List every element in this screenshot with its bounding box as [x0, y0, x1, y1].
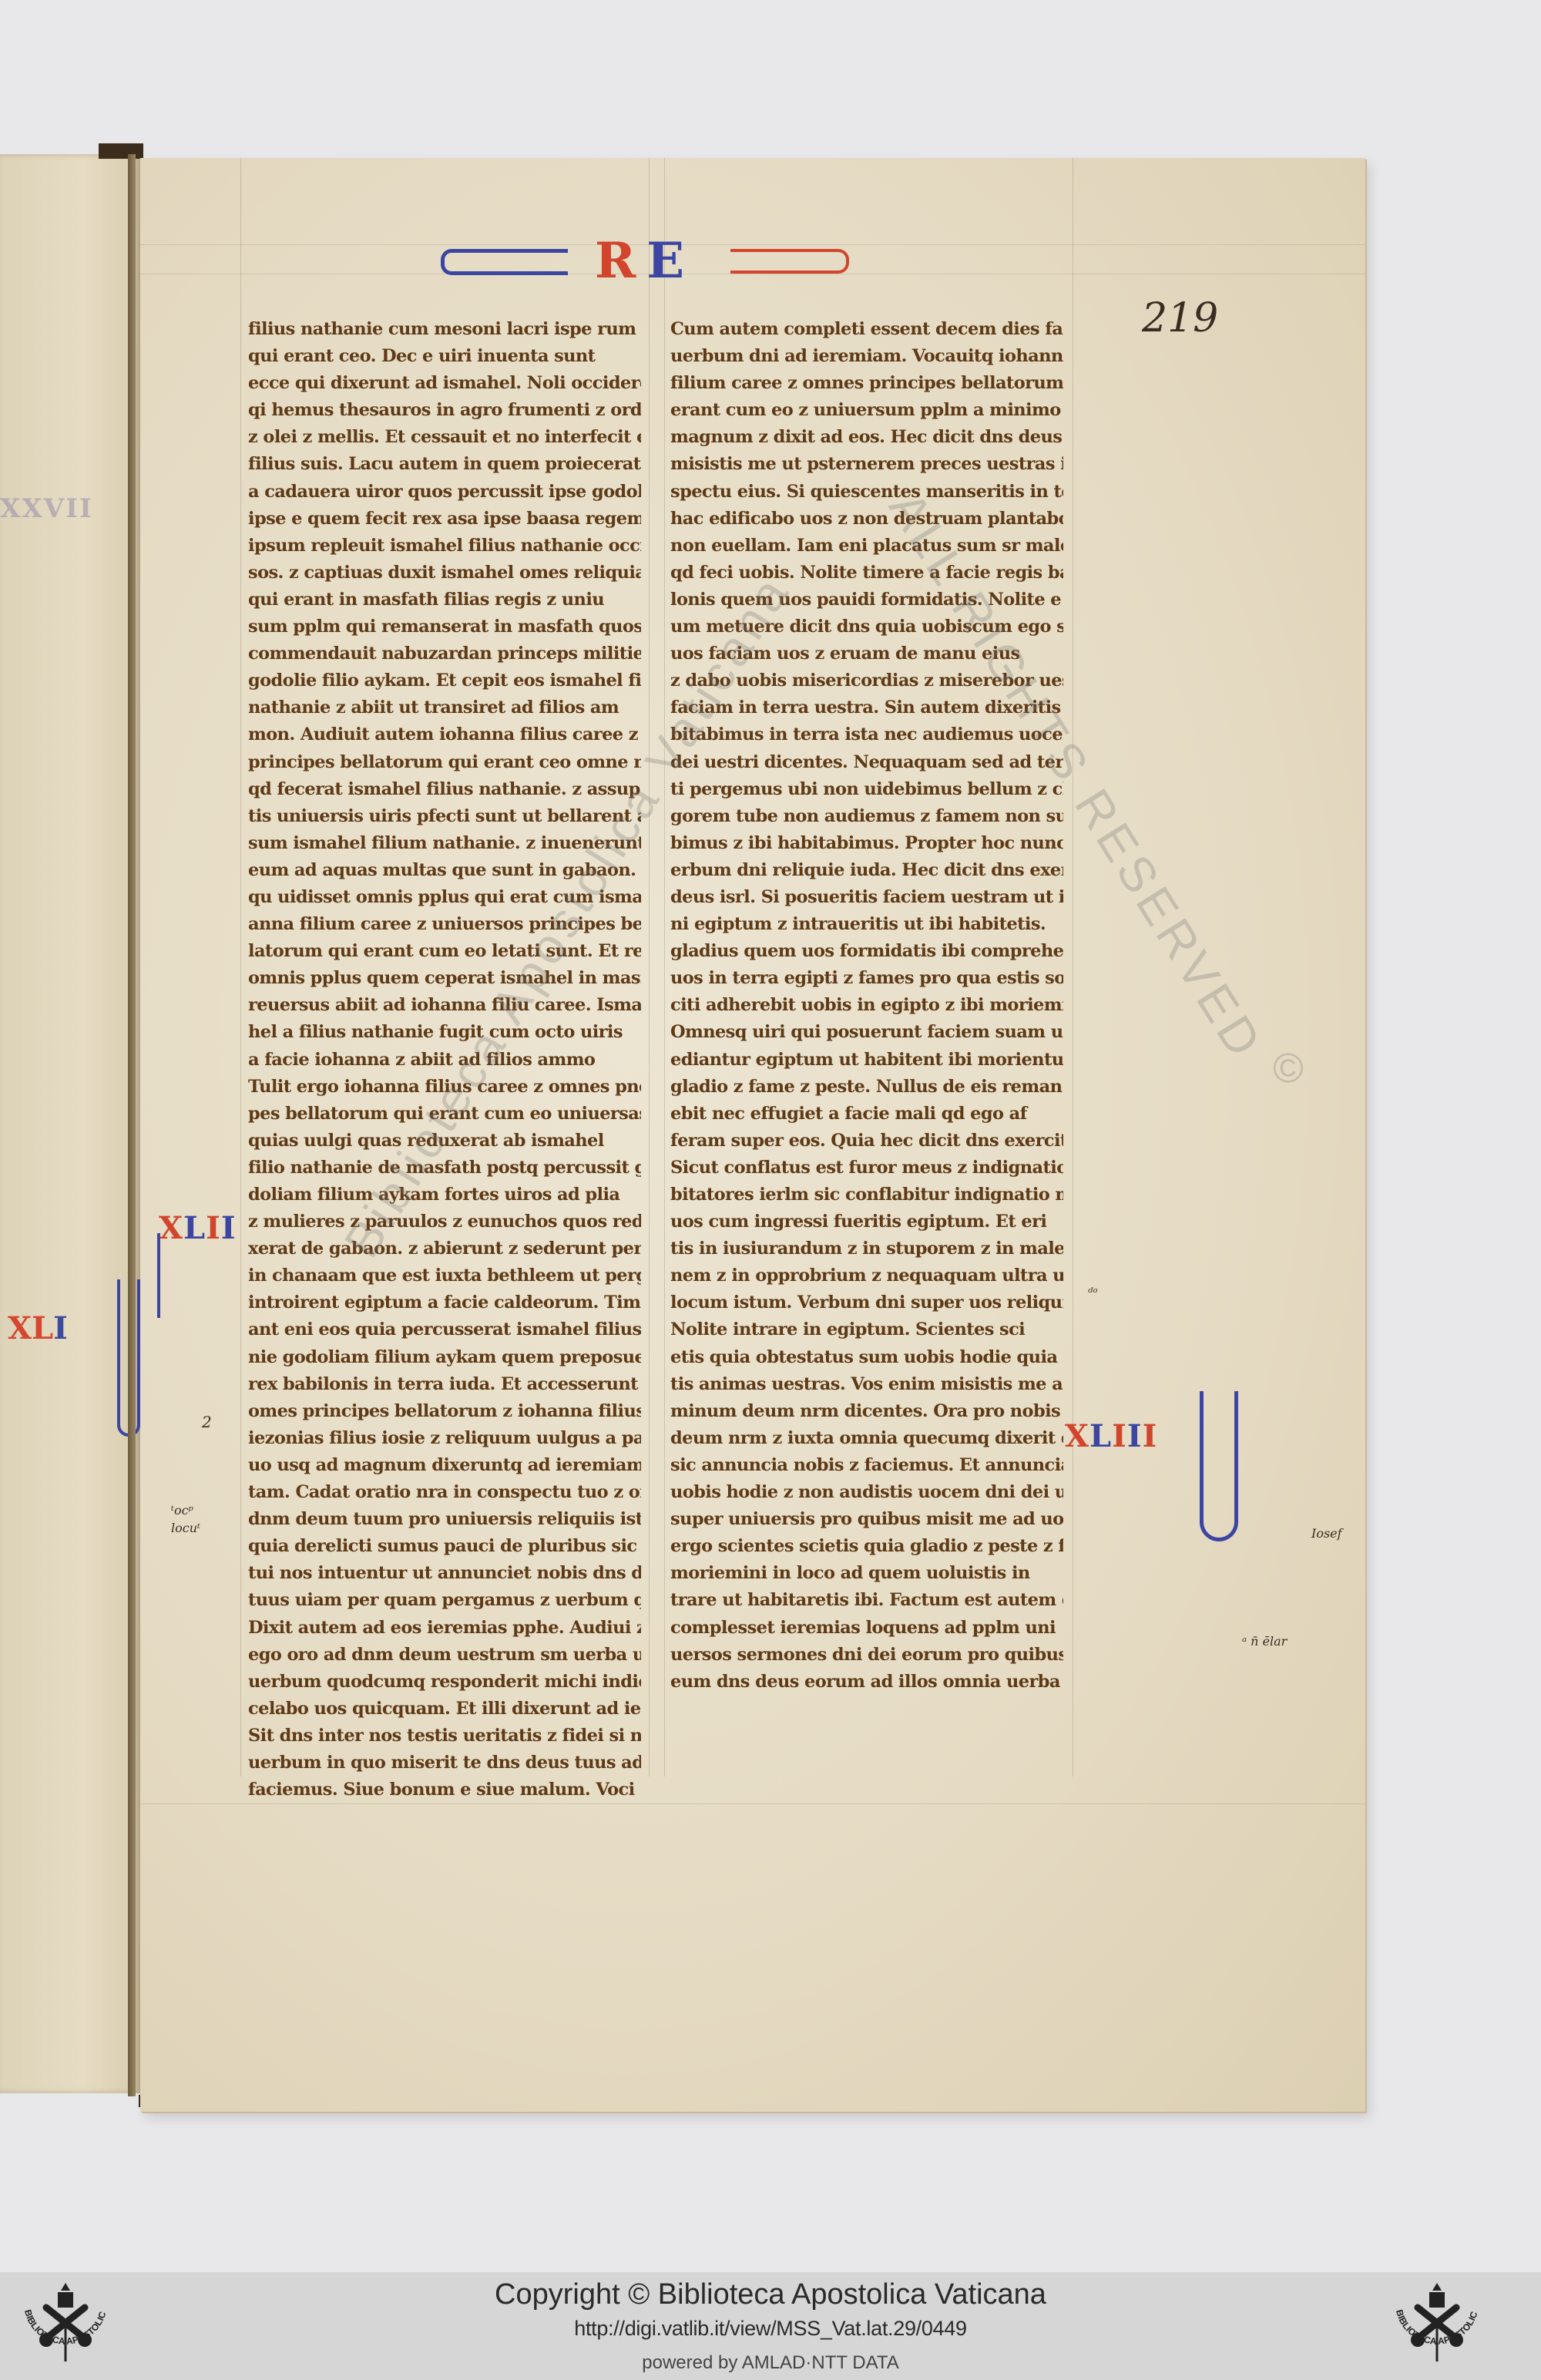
verso-chapter-marker: XLI	[8, 1310, 68, 1346]
manuscript-line: super uniuersis pro quibus misit me ad u…	[670, 1506, 1063, 1533]
manuscript-line: dnm deum tuum pro uniuersis reliquiis is…	[248, 1506, 641, 1533]
ruling-line	[1073, 158, 1073, 1777]
manuscript-line: z olei z mellis. Et cessauit et no inter…	[248, 424, 641, 451]
marginal-note: locuᵗ	[171, 1521, 200, 1535]
manuscript-line: spectu eius. Si quiescentes manseritis i…	[670, 479, 1063, 506]
manuscript-line: reuersus abiit ad iohanna filiu caree. I…	[248, 992, 641, 1019]
manuscript-viewer: XXVII XLI RE 219 filius nathanie cum mes…	[0, 0, 1541, 2272]
manuscript-line: tam. Cadat oratio nra in conspectu tuo z…	[248, 1479, 641, 1506]
marginal-note: ᵗocᵖ	[171, 1503, 193, 1518]
manuscript-line: qd fecerat ismahel filius nathanie. z as…	[248, 776, 641, 803]
manuscript-line: complesset ieremias loquens ad pplm uni	[670, 1615, 1063, 1642]
manuscript-line: hac edificabo uos z non destruam plantab…	[670, 506, 1063, 533]
manuscript-line: nie godoliam filium aykam quem preposuer…	[248, 1344, 641, 1371]
manuscript-line: uos in terra egipti z fames pro qua esti…	[670, 965, 1063, 992]
manuscript-line: tis uniuersis uiris pfecti sunt ut bella…	[248, 803, 641, 830]
manuscript-line: qi hemus thesauros in agro frumenti z or…	[248, 397, 641, 424]
copyright-text: Copyright © Biblioteca Apostolica Vatica…	[0, 2278, 1541, 2311]
manuscript-line: hel a filius nathanie fugit cum octo uir…	[248, 1019, 641, 1046]
manuscript-line: Sit dns inter nos testis ueritatis z fid…	[248, 1723, 641, 1750]
folio-number: 219	[1142, 295, 1218, 341]
manuscript-line: uerbum in quo miserit te dns deus tuus a…	[248, 1750, 641, 1777]
manuscript-line: tis animas uestras. Vos enim misistis me…	[670, 1371, 1063, 1398]
manuscript-line: eum dns deus eorum ad illos omnia uerba …	[670, 1669, 1063, 1688]
manuscript-line: ediantur egiptum ut habitent ibi morient…	[670, 1047, 1063, 1074]
manuscript-line: uerbum quodcumq responderit michi indica…	[248, 1669, 641, 1696]
manuscript-line: magnum z dixit ad eos. Hec dicit dns deu…	[670, 424, 1063, 451]
verso-chapter-heading: XXVII	[0, 493, 93, 524]
chapter-marker-xliii: XLIII	[1065, 1418, 1157, 1454]
permalink-url[interactable]: http://digi.vatlib.it/view/MSS_Vat.lat.2…	[0, 2317, 1541, 2341]
manuscript-line: etis quia obtestatus sum uobis hodie qui…	[670, 1344, 1063, 1371]
ruling-line	[649, 158, 650, 1777]
manuscript-line: non euellam. Iam eni placatus sum sr mal…	[670, 533, 1063, 560]
manuscript-line: principes bellatorum qui erant ceo omne …	[248, 749, 641, 776]
manuscript-line: gorem tube non audiemus z famem non sust…	[670, 803, 1063, 830]
manuscript-line: ant eni eos quia percusserat ismahel fil…	[248, 1316, 641, 1343]
manuscript-line: in chanaam que est iuxta bethleem ut per…	[248, 1262, 641, 1289]
running-head-flourish-right	[730, 249, 849, 274]
manuscript-line: bitatores ierlm sic conflabitur indignat…	[670, 1182, 1063, 1208]
manuscript-line: Nolite intrare in egiptum. Scientes sci	[670, 1316, 1063, 1343]
powered-by-text: powered by AMLAD·NTT DATA	[0, 2352, 1541, 2374]
manuscript-line: quia derelicti sumus pauci de pluribus s…	[248, 1533, 641, 1560]
ruling-line	[664, 158, 665, 1777]
manuscript-line: faciemus. Siue bonum e siue malum. Voci	[248, 1777, 641, 1803]
manuscript-line: omes principes bellatorum z iohanna fili…	[248, 1398, 641, 1425]
marginal-note: ᵈᵒ	[1088, 1285, 1098, 1299]
manuscript-line: Dixit autem ad eos ieremias pphe. Audiui…	[248, 1615, 641, 1642]
manuscript-line: gladio z fame z peste. Nullus de eis rem…	[670, 1074, 1063, 1101]
marginal-note: 2	[202, 1413, 212, 1431]
manuscript-line: godolie filio aykam. Et cepit eos ismahe…	[248, 667, 641, 694]
running-head: RE	[441, 235, 849, 289]
manuscript-line: bimus z ibi habitabimus. Propter hoc nun…	[670, 830, 1063, 857]
manuscript-line: rex babilonis in terra iuda. Et accesser…	[248, 1371, 641, 1398]
manuscript-line: xerat de gabaon. z abierunt z sederunt p…	[248, 1235, 641, 1262]
manuscript-line: iezonias filius iosie z reliquum uulgus …	[248, 1425, 641, 1452]
manuscript-line: dei uestri dicentes. Nequaquam sed ad te…	[670, 749, 1063, 776]
manuscript-line: omnis pplus quem ceperat ismahel in masf…	[248, 965, 641, 992]
manuscript-line: uersos sermones dni dei eorum pro quibus…	[670, 1642, 1063, 1669]
manuscript-line: misistis me ut psternerem preces uestras…	[670, 451, 1063, 478]
manuscript-line: filium caree z omnes principes bellatoru…	[670, 370, 1063, 397]
manuscript-line: sum pplm qui remanserat in masfath quos	[248, 613, 641, 640]
manuscript-line: trare ut habitaretis ibi. Factum est aut…	[670, 1587, 1063, 1614]
manuscript-line: Sicut conflatus est furor meus z indigna…	[670, 1155, 1063, 1182]
manuscript-line: celabo uos quicquam. Et illi dixerunt ad…	[248, 1696, 641, 1723]
manuscript-line: deus isrl. Si posueritis faciem uestram …	[670, 884, 1063, 911]
manuscript-line: feram super eos. Quia hec dicit dns exer…	[670, 1128, 1063, 1155]
manuscript-line: bitabimus in terra ista nec audiemus uoc…	[670, 721, 1063, 748]
text-column-b: Cum autem completi essent decem dies fac…	[670, 316, 1063, 1688]
marginal-note: Iosef	[1311, 1526, 1342, 1541]
manuscript-line: gladius quem uos formidatis ibi comprehe…	[670, 938, 1063, 965]
manuscript-line: uos cum ingressi fueritis egiptum. Et er…	[670, 1208, 1063, 1235]
manuscript-line: tui nos intuentur ut annunciet nobis dns…	[248, 1560, 641, 1587]
manuscript-line: uerbum dni ad ieremiam. Vocauitq iohanna	[670, 343, 1063, 370]
manuscript-line: nathanie z abiit ut transiret ad filios …	[248, 694, 641, 721]
chapter-flourish-xlii	[157, 1233, 165, 1318]
running-head-flourish-left	[441, 249, 568, 275]
manuscript-line: nem z in opprobrium z nequaquam ultra ui…	[670, 1262, 1063, 1289]
manuscript-line: commendauit nabuzardan princeps militie	[248, 640, 641, 667]
watermark-copyright-symbol: ©	[1273, 1044, 1308, 1092]
manuscript-line: qd feci uobis. Nolite timere a facie reg…	[670, 560, 1063, 587]
manuscript-line: filius nathanie cum mesoni lacri ispe ru…	[248, 316, 641, 343]
manuscript-line: ergo scientes scietis quia gladio z pest…	[670, 1533, 1063, 1560]
manuscript-line: introirent egiptum a facie caldeorum. Ti…	[248, 1289, 641, 1316]
manuscript-line: ebit nec effugiet a facie mali qd ego af	[670, 1101, 1063, 1128]
manuscript-line: deum nrm z iuxta omnia quecumq dixerit d…	[670, 1425, 1063, 1452]
running-head-letters: RE	[595, 232, 684, 290]
binding-gutter	[128, 154, 136, 2096]
chapter-flourish-xliii	[1200, 1391, 1238, 1541]
manuscript-line: uo usq ad magnum dixeruntq ad ieremiam p…	[248, 1452, 641, 1479]
manuscript-line: qui erant ceo. Dec e uiri inuenta sunt	[248, 343, 641, 370]
manuscript-line: z mulieres z paruulos z eunuchos quos re…	[248, 1208, 641, 1235]
manuscript-line: locum istum. Verbum dni super uos reliqu…	[670, 1289, 1063, 1316]
manuscript-line: filius suis. Lacu autem in quem proiecer…	[248, 451, 641, 478]
verso-page-edge: XXVII XLI	[0, 154, 140, 2093]
vatican-library-logo-icon: BIBLIOTECA APOSTOLICA VATICANA	[1387, 2277, 1487, 2375]
manuscript-line: ipsum repleuit ismahel filius nathanie o…	[248, 533, 641, 560]
manuscript-line: doliam filium aykam fortes uiros ad plia	[248, 1182, 641, 1208]
manuscript-line: ego oro ad dnm deum uestrum sm uerba ues…	[248, 1642, 641, 1669]
manuscript-line: minum deum nrm dicentes. Ora pro nobis a…	[670, 1398, 1063, 1425]
manuscript-line: Omnesq uiri qui posuerunt faciem suam ut…	[670, 1019, 1063, 1046]
manuscript-line: citi adherebit uobis in egipto z ibi mor…	[670, 992, 1063, 1019]
manuscript-line: tuus uiam per quam pergamus z uerbum qd …	[248, 1587, 641, 1614]
manuscript-line: moriemini in loco ad quem uoluistis in	[670, 1560, 1063, 1587]
ruling-line	[240, 158, 241, 1777]
manuscript-line: Cum autem completi essent decem dies fac…	[670, 316, 1063, 343]
manuscript-line: mon. Audiuit autem iohanna filius caree …	[248, 721, 641, 748]
manuscript-line: ecce qui dixerunt ad ismahel. Noli occid…	[248, 370, 641, 397]
recto-page: RE 219 filius nathanie cum mesoni lacri …	[140, 158, 1365, 2112]
manuscript-line: ni egiptum z intraueritis ut ibi habitet…	[670, 911, 1063, 938]
copyright-footer: BIBLIOTECA APOSTOLICA VATICANA Copyright…	[0, 2272, 1541, 2380]
manuscript-line: sic annuncia nobis z faciemus. Et annunc…	[670, 1452, 1063, 1479]
manuscript-line: sos. z captiuas duxit ismahel omes reliq…	[248, 560, 641, 587]
manuscript-line: ti pergemus ubi non uidebimus bellum z c…	[670, 776, 1063, 803]
chapter-marker-xlii: XLII	[159, 1210, 237, 1246]
manuscript-line: erant cum eo z uniuersum pplm a minimo u…	[670, 397, 1063, 424]
manuscript-line: uobis hodie z non audistis uocem dni dei…	[670, 1479, 1063, 1506]
svg-text:BIBLIOTECA APOSTOLICA VATICANA: BIBLIOTECA APOSTOLICA VATICANA	[1387, 2277, 1479, 2347]
manuscript-line: a cadauera uiror quos percussit ipse god…	[248, 479, 641, 506]
manuscript-line: ipse e quem fecit rex asa ipse baasa reg…	[248, 506, 641, 533]
manuscript-line: tis in iusiurandum z in stuporem z in ma…	[670, 1235, 1063, 1262]
binding-edge-top	[99, 143, 143, 159]
marginal-note: ᵃ n̄ ēlar	[1242, 1634, 1287, 1649]
manuscript-line: qui erant in masfath filias regis z uniu	[248, 587, 641, 613]
ruling-line	[140, 1803, 1365, 1804]
manuscript-line: erbum dni reliquie iuda. Hec dicit dns e…	[670, 857, 1063, 884]
